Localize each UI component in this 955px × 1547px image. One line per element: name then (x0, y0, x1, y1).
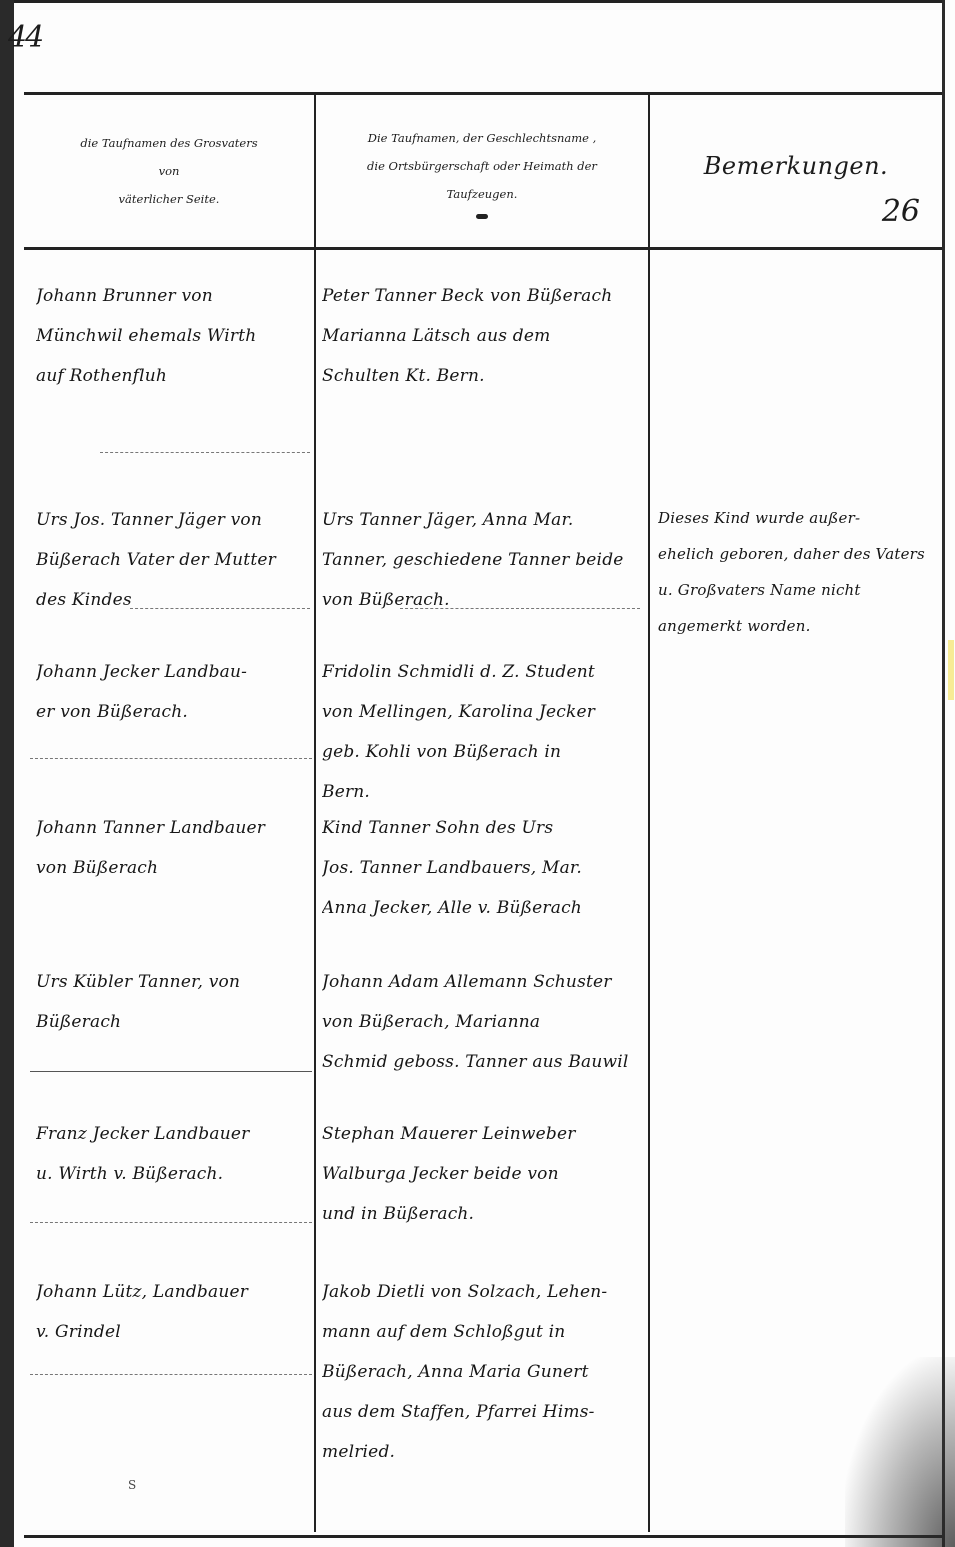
column-divider-1 (314, 92, 316, 1532)
text-line: Dieses Kind wurde außer- (658, 500, 940, 536)
text-line: Schmid geboss. Tanner aus Bauwil (322, 1042, 646, 1082)
text-line: Schulten Kt. Bern. (322, 356, 646, 396)
text-line: Urs Jos. Tanner Jäger von (36, 500, 312, 540)
row-separator (100, 452, 310, 453)
header-line: von (159, 157, 180, 185)
row-separator (30, 1222, 312, 1223)
text-line: geb. Kohli von Büßerach in (322, 732, 646, 772)
text-line: Urs Kübler Tanner, von (36, 962, 312, 1002)
header-line: die Taufnamen des Grosvaters (80, 129, 257, 157)
row-3-grandfather: Johann Jecker Landbau- er von Büßerach. (36, 652, 312, 732)
text-line: Jos. Tanner Landbauers, Mar. (322, 848, 646, 888)
text-line: von Büßerach, Marianna (322, 1002, 646, 1042)
footer-mark: S (128, 1478, 136, 1492)
text-line: Johann Lütz, Landbauer (36, 1272, 312, 1312)
text-line: von Mellingen, Karolina Jecker (322, 692, 646, 732)
text-line: u. Großvaters Name nicht (658, 572, 940, 608)
row-1-godparents: Peter Tanner Beck von Büßerach Marianna … (322, 276, 646, 396)
text-line: Tanner, geschiedene Tanner beide (322, 540, 646, 580)
row-5-godparents: Johann Adam Allemann Schuster von Büßera… (322, 962, 646, 1082)
text-line: v. Grindel (36, 1312, 312, 1352)
text-line: Johann Jecker Landbau- (36, 652, 312, 692)
ink-mark (476, 214, 488, 219)
text-line: Walburga Jecker beide von (322, 1154, 646, 1194)
scan-shadow (845, 1357, 955, 1547)
text-line: von Büßerach (36, 848, 312, 888)
row-separator (30, 1071, 312, 1072)
header-godparents: Die Taufnamen, der Geschlechtsname , die… (316, 95, 648, 247)
row-6-godparents: Stephan Mauerer Leinweber Walburga Jecke… (322, 1114, 646, 1234)
row-7-godparents: Jakob Dietli von Solzach, Lehen- mann au… (322, 1272, 646, 1472)
text-line: melried. (322, 1432, 646, 1472)
text-line: aus dem Staffen, Pfarrei Hims- (322, 1392, 646, 1432)
text-line: des Kindes (36, 580, 312, 620)
row-6-grandfather: Franz Jecker Landbauer u. Wirth v. Büßer… (36, 1114, 312, 1194)
text-line: Büßerach, Anna Maria Gunert (322, 1352, 646, 1392)
remarks-title: Bemerkungen. (704, 152, 888, 180)
text-line: Münchwil ehemals Wirth (36, 316, 312, 356)
text-line: Peter Tanner Beck von Büßerach (322, 276, 646, 316)
text-line: Kind Tanner Sohn des Urs (322, 808, 646, 848)
header-divider (24, 247, 942, 250)
header-line: die Ortsbürgerschaft oder Heimath der (367, 152, 597, 180)
row-2-grandfather: Urs Jos. Tanner Jäger von Büßerach Vater… (36, 500, 312, 620)
row-1-grandfather: Johann Brunner von Münchwil ehemals Wirt… (36, 276, 312, 396)
text-line: von Büßerach. (322, 580, 646, 620)
row-3-godparents: Fridolin Schmidli d. Z. Student von Mell… (322, 652, 646, 812)
text-line: Johann Brunner von (36, 276, 312, 316)
header-line: väterlicher Seite. (119, 185, 220, 213)
text-line: ehelich geboren, daher des Vaters (658, 536, 940, 572)
header-line: Taufzeugen. (447, 180, 518, 208)
row-separator (400, 608, 640, 609)
row-2-godparents: Urs Tanner Jäger, Anna Mar. Tanner, gesc… (322, 500, 646, 620)
text-line: Marianna Lätsch aus dem (322, 316, 646, 356)
row-separator (30, 1374, 312, 1375)
text-line: Stephan Mauerer Leinweber (322, 1114, 646, 1154)
row-4-grandfather: Johann Tanner Landbauer von Büßerach (36, 808, 312, 888)
text-line: auf Rothenfluh (36, 356, 312, 396)
folio-number: 26 (882, 194, 920, 229)
row-7-grandfather: Johann Lütz, Landbauer v. Grindel (36, 1272, 312, 1352)
header-remarks: Bemerkungen. 26 (650, 95, 942, 247)
row-separator (30, 758, 312, 759)
right-rule (942, 0, 945, 1547)
text-line: Fridolin Schmidli d. Z. Student (322, 652, 646, 692)
text-line: Büßerach (36, 1002, 312, 1042)
text-line: und in Büßerach. (322, 1194, 646, 1234)
column-divider-2 (648, 92, 650, 1532)
text-line: Johann Tanner Landbauer (36, 808, 312, 848)
row-4-godparents: Kind Tanner Sohn des Urs Jos. Tanner Lan… (322, 808, 646, 928)
text-line: Franz Jecker Landbauer (36, 1114, 312, 1154)
header-line: Die Taufnamen, der Geschlechtsname , (368, 124, 597, 152)
row-5-grandfather: Urs Kübler Tanner, von Büßerach (36, 962, 312, 1042)
text-line: u. Wirth v. Büßerach. (36, 1154, 312, 1194)
text-line: Jakob Dietli von Solzach, Lehen- (322, 1272, 646, 1312)
text-line: Urs Tanner Jäger, Anna Mar. (322, 500, 646, 540)
page-number: 44 (8, 20, 42, 55)
text-line: angemerkt worden. (658, 608, 940, 644)
text-line: mann auf dem Schloßgut in (322, 1312, 646, 1352)
scan-left-border (0, 0, 14, 1547)
text-line: Bern. (322, 772, 646, 812)
highlight-mark (948, 640, 954, 700)
text-line: er von Büßerach. (36, 692, 312, 732)
row-separator (130, 608, 310, 609)
top-rule (14, 0, 944, 3)
text-line: Johann Adam Allemann Schuster (322, 962, 646, 1002)
text-line: Büßerach Vater der Mutter (36, 540, 312, 580)
header-grandfather: die Taufnamen des Grosvaters von väterli… (24, 95, 314, 247)
text-line: Anna Jecker, Alle v. Büßerach (322, 888, 646, 928)
row-2-remarks: Dieses Kind wurde außer- ehelich geboren… (658, 500, 940, 644)
